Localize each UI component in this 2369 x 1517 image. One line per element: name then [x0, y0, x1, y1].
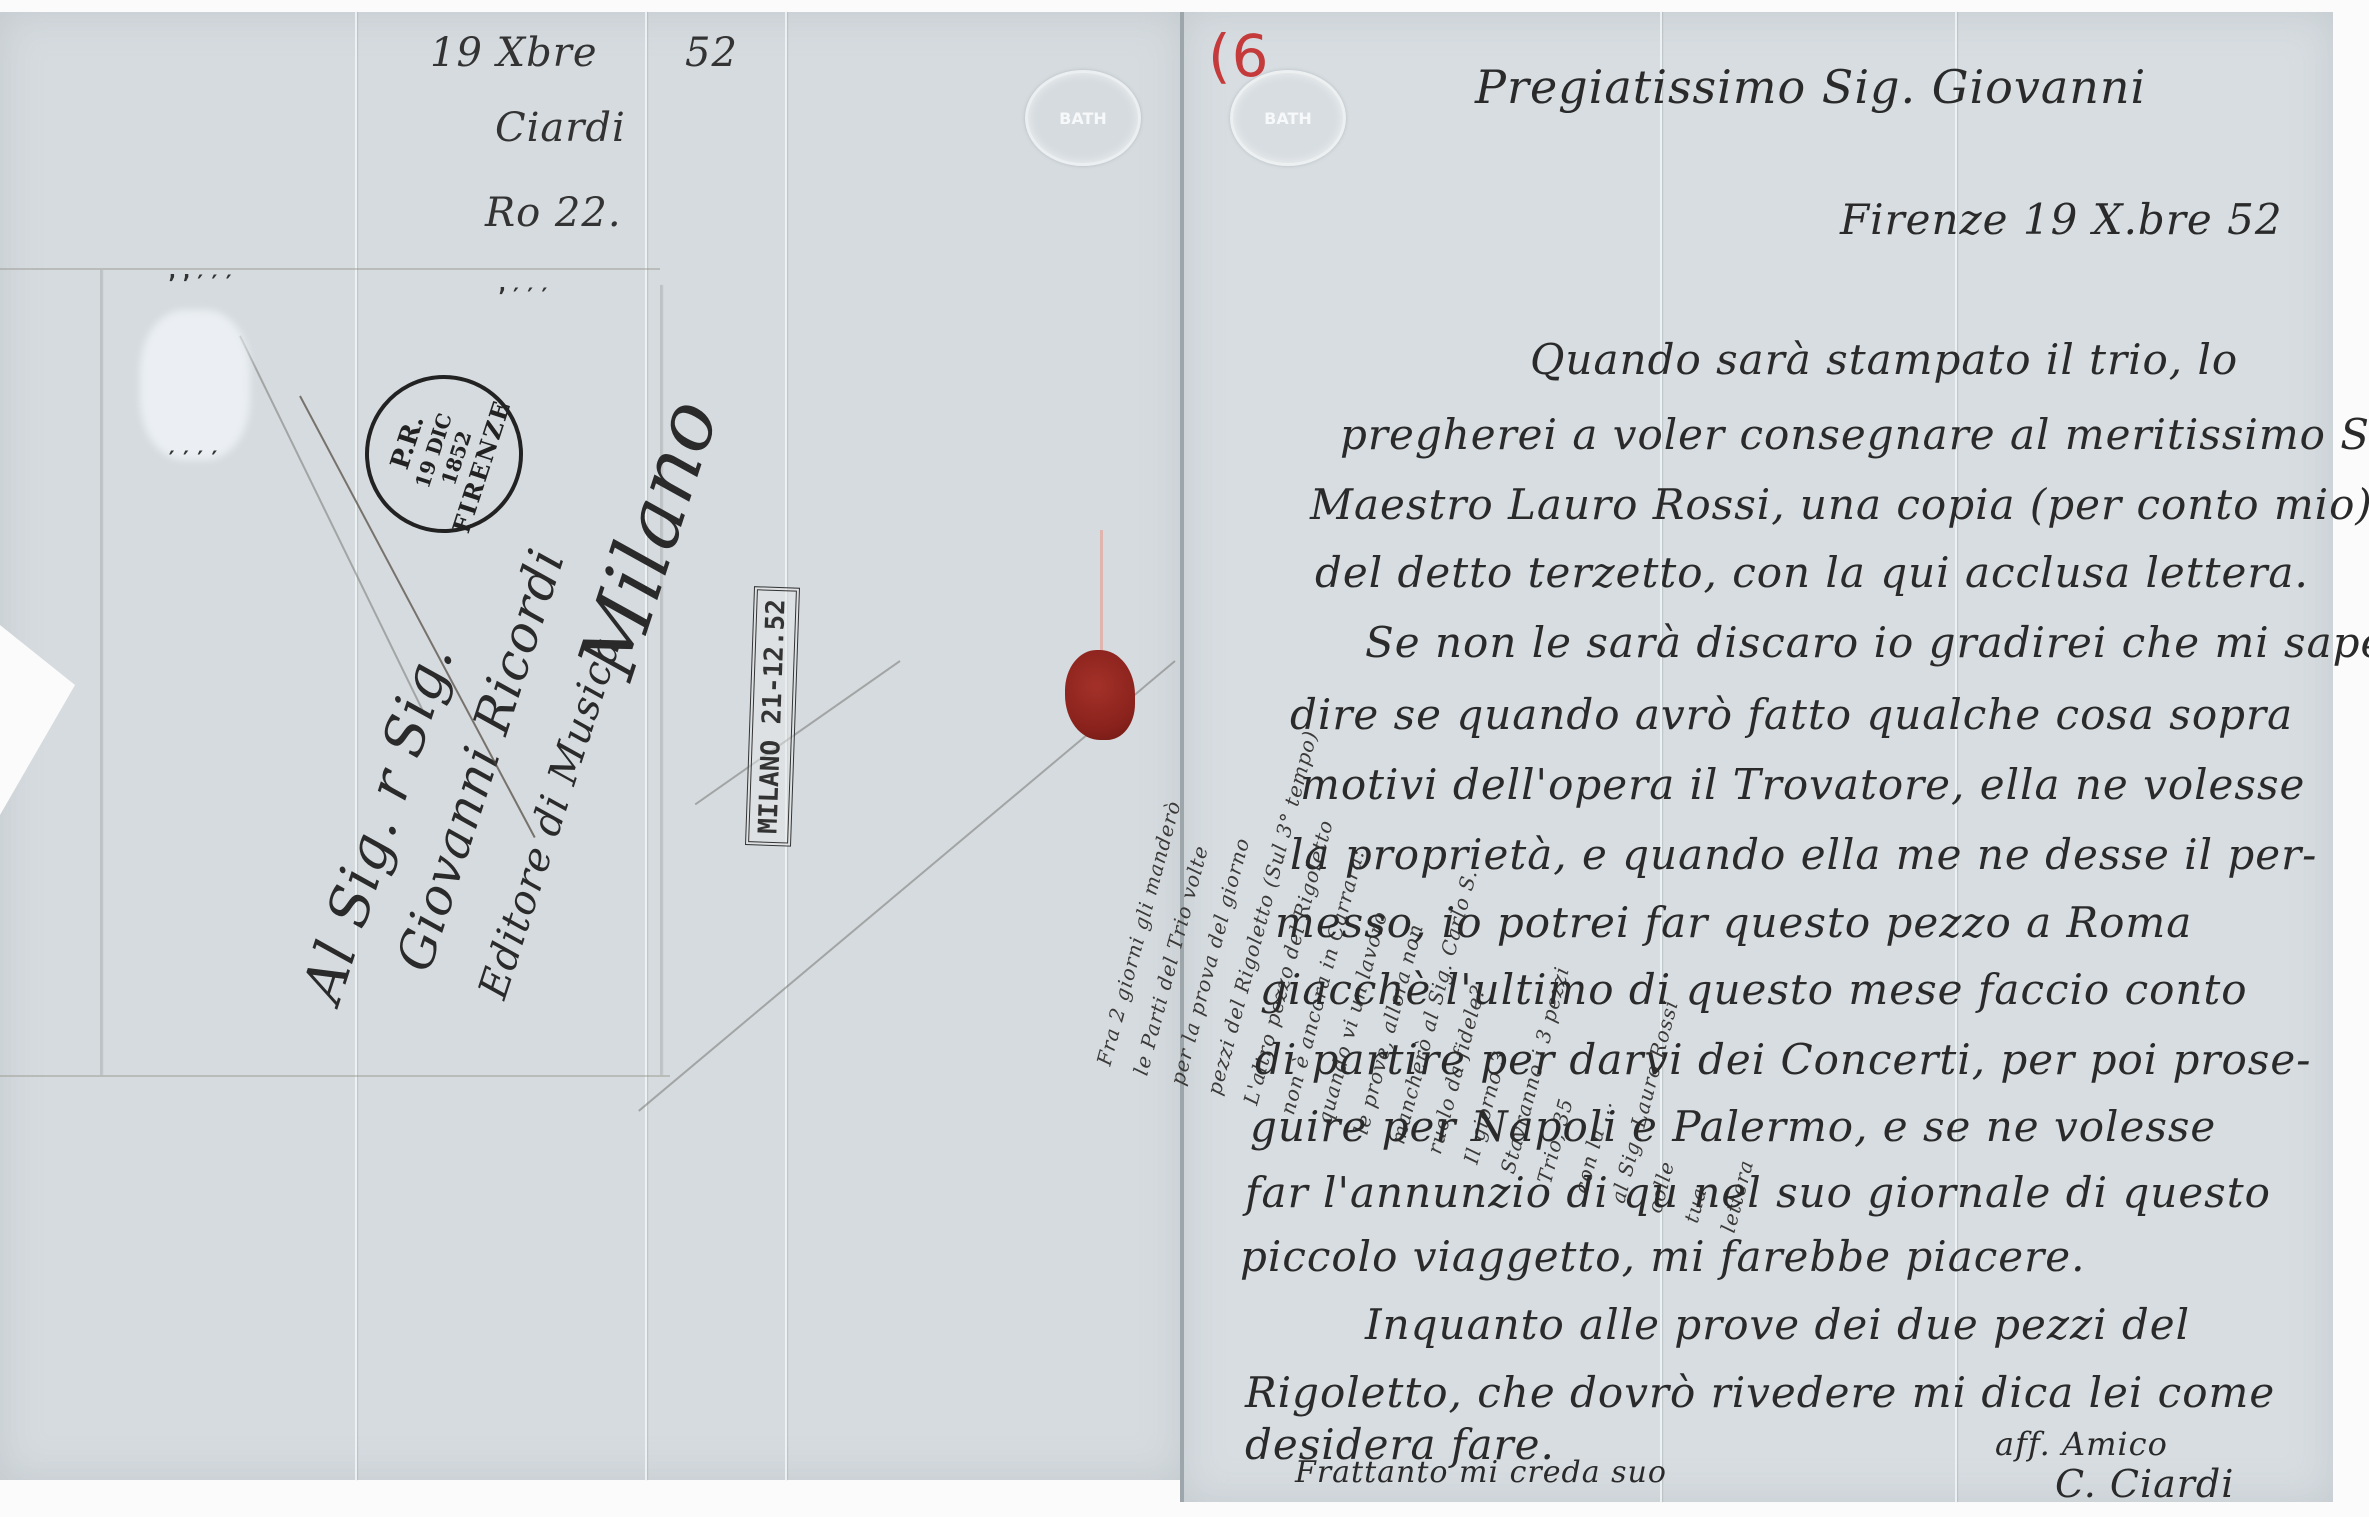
fold-line [0, 1075, 670, 1077]
body-line: Quando sarà stampato il trio, lo [1530, 335, 2238, 384]
paper-abrasion [140, 310, 250, 460]
fold-line [645, 12, 647, 1480]
body-line: del detto terzetto, con la qui acclusa l… [1315, 548, 2309, 597]
salutation: Pregiatissimo Sig. Giovanni [1475, 60, 2146, 114]
body-line: Inquanto alle prove dei due pezzi del [1365, 1300, 2190, 1349]
body-line: motivi dell'opera il Trovatore, ella ne … [1300, 760, 2305, 809]
fold-line [0, 268, 660, 270]
signature: C. Ciardi [2055, 1462, 2234, 1506]
body-line: piccolo viaggetto, mi farebbe piacere. [1240, 1232, 2085, 1281]
docket-name: Ciardi [495, 105, 626, 151]
docket-year: 52 [685, 30, 738, 76]
body-line: pregherei a voler consegnare al meritiss… [1340, 410, 2369, 459]
fold-line [355, 12, 357, 1480]
body-line: messo, io potrei far questo pezzo a Roma [1275, 898, 2192, 947]
body-line: Maestro Lauro Rossi, una copia (per cont… [1310, 480, 2369, 529]
body-line: guire per Napoli e Palermo, e se ne vole… [1250, 1102, 2216, 1151]
body-line: Rigoletto, che dovrò rivedere mi dica le… [1245, 1368, 2275, 1417]
place-date: Firenze 19 X.bre 52 [1840, 195, 2283, 244]
cancel-marks: ’′′′ [495, 285, 552, 310]
docket-ref: Ro 22. [485, 190, 622, 236]
body-line: giacchè l'ultimo di questo mese faccio c… [1260, 965, 2248, 1014]
cancel-marks: ’’′′′ [165, 272, 236, 297]
cancel-marks: ′′′′ [165, 448, 222, 473]
body-line: far l'annunzio di qu nel suo giornale di… [1245, 1168, 2271, 1217]
body-line: la proprietà, e quando ella me ne desse … [1290, 830, 2317, 879]
seal-ribbon [1100, 530, 1103, 655]
closing-salutation: aff. Amico [1995, 1425, 2168, 1463]
body-line: dire se quando avrò fatto qualche cosa s… [1290, 690, 2293, 739]
body-line: di partire per darvi dei Concerti, per p… [1255, 1035, 2311, 1084]
closing-line: Frattanto mi creda suo [1295, 1455, 1667, 1490]
flap-edge [100, 270, 102, 1075]
milano-arrival-stamp: MILANO 21-12.52 [745, 586, 800, 846]
docket-date: 19 Xbre [430, 30, 598, 76]
catalog-number: (6 [1208, 22, 1270, 90]
wax-seal [1065, 650, 1135, 740]
embossed-stamp-left: BATH [1025, 70, 1141, 166]
torn-notch [0, 625, 75, 815]
body-line: Se non le sarà discaro io gradirei che m… [1365, 618, 2369, 667]
